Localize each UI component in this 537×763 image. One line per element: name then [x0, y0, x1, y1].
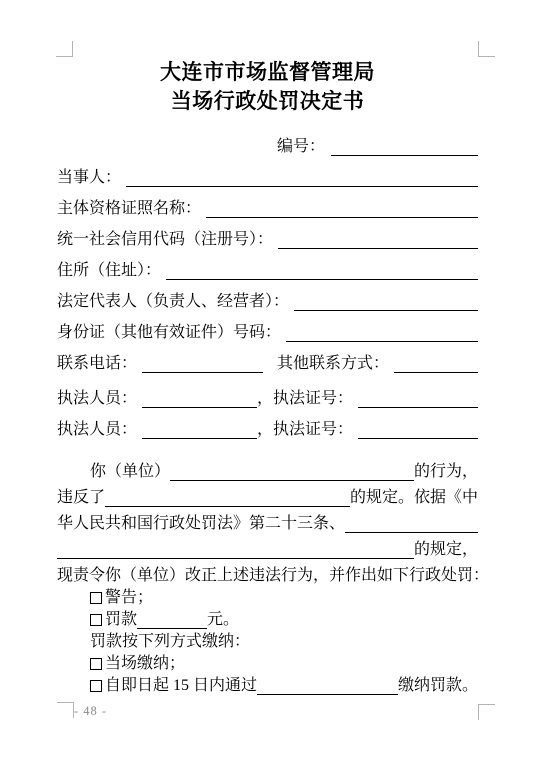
legal-basis-blank-1[interactable]: [345, 507, 478, 533]
pay-remote-prefix: 自即日起 15 日内通过: [105, 677, 257, 695]
violated-provision-blank[interactable]: [105, 481, 350, 507]
officer-row-1: 执法人员： ，执法证号：: [57, 377, 478, 408]
credit-code-label: 统一社会信用代码（注册号）：: [57, 231, 273, 249]
number-label: 编号：: [277, 138, 325, 156]
officer-2-name-blank[interactable]: [142, 408, 257, 439]
penalties-section: 警告； 罚款 元。 罚款按下列方式缴纳： 当场缴纳； 自即日起 15 日内通过 …: [57, 585, 478, 695]
fine-prefix: 罚款: [105, 611, 137, 629]
legal-rep-label: 法定代表人（负责人、经营者）：: [57, 293, 289, 311]
officer-1-label: 执法人员：: [57, 390, 137, 408]
para-line-violation: 违反了 的规定。依据《中: [57, 481, 478, 507]
officer-2-cert-label: ，执法证号：: [257, 421, 353, 439]
decision-paragraph: 你（单位） 的行为， 违反了 的规定。依据《中 华人民共和国行政处罚法》第二十三…: [57, 455, 478, 585]
field-row-credit-code: 统一社会信用代码（注册号）：: [57, 218, 478, 249]
title-agency: 大连市市场监督管理局: [57, 58, 478, 87]
fields-section: 当事人： 主体资格证照名称： 统一社会信用代码（注册号）： 住所（住址）： 法定…: [57, 156, 478, 373]
payment-onsite-row: 当场缴纳；: [57, 651, 478, 673]
payment-intro-row: 罚款按下列方式缴纳：: [57, 629, 478, 651]
officer-1-cert-blank[interactable]: [358, 377, 478, 408]
checkbox-pay-within-15-days-icon[interactable]: [90, 680, 102, 692]
penalty-fine-row: 罚款 元。: [57, 607, 478, 629]
conduct-suffix: 的行为，: [414, 463, 478, 481]
text-boundary-mark-top-right: [478, 41, 495, 57]
field-row-license-name: 主体资格证照名称：: [57, 187, 478, 218]
fine-amount-blank[interactable]: [137, 607, 207, 629]
conduct-blank[interactable]: [170, 455, 414, 481]
warning-label: 警告；: [105, 589, 153, 607]
field-row-address: 住所（住址）：: [57, 249, 478, 280]
address-blank[interactable]: [166, 249, 478, 280]
license-name-label: 主体资格证照名称：: [57, 200, 201, 218]
other-contact-label: 其他联系方式：: [277, 355, 389, 373]
document-page: 大连市市场监督管理局 当场行政处罚决定书 编号： 当事人： 主体资格证照名称： …: [0, 0, 537, 763]
violation-suffix: 的规定。依据《中: [350, 489, 478, 507]
officer-2-label: 执法人员：: [57, 421, 137, 439]
credit-code-blank[interactable]: [278, 218, 478, 249]
license-name-blank[interactable]: [206, 187, 478, 218]
id-number-label: 身份证（其他有效证件）号码：: [57, 324, 281, 342]
order-text: 现责令你（单位）改正上述违法行为，并作出如下行政处罚：: [57, 567, 489, 585]
text-boundary-mark-bottom-right: [478, 704, 495, 720]
legal-basis-blank-2[interactable]: [57, 533, 414, 559]
document-title: 大连市市场监督管理局 当场行政处罚决定书: [57, 58, 478, 116]
pay-onsite-label: 当场缴纳；: [105, 655, 185, 673]
field-row-legal-rep: 法定代表人（负责人、经营者）：: [57, 280, 478, 311]
provision-suffix: 的规定，: [414, 541, 478, 559]
officers-section: 执法人员： ，执法证号： 执法人员： ，执法证号：: [57, 377, 478, 439]
party-label: 当事人：: [57, 169, 121, 187]
field-row-id-number: 身份证（其他有效证件）号码：: [57, 311, 478, 342]
para-line-conduct: 你（单位） 的行为，: [57, 455, 478, 481]
pay-remote-suffix: 缴纳罚款。: [398, 677, 478, 695]
violation-prefix: 违反了: [57, 489, 105, 507]
fine-suffix: 元。: [207, 611, 239, 629]
page-number: - 48 -: [74, 704, 107, 719]
para-line-order: 现责令你（单位）改正上述违法行为，并作出如下行政处罚：: [57, 559, 478, 585]
title-form-name: 当场行政处罚决定书: [57, 87, 478, 116]
phone-blank[interactable]: [142, 342, 263, 373]
legal-basis-prefix: 华人民共和国行政处罚法》第二十三条、: [57, 515, 345, 533]
payment-intro-label: 罚款按下列方式缴纳：: [90, 633, 250, 651]
para-line-provision: 的规定，: [57, 533, 478, 559]
checkbox-fine-icon[interactable]: [90, 614, 102, 626]
text-boundary-mark-bottom-left: [57, 702, 74, 718]
legal-rep-blank[interactable]: [294, 280, 478, 311]
officer-1-cert-label: ，执法证号：: [257, 390, 353, 408]
field-row-contact: 联系电话： 其他联系方式：: [57, 342, 478, 373]
payment-channel-blank[interactable]: [257, 673, 398, 695]
para-line-legal-basis: 华人民共和国行政处罚法》第二十三条、: [57, 507, 478, 533]
id-number-blank[interactable]: [286, 311, 478, 342]
officer-1-name-blank[interactable]: [142, 377, 257, 408]
field-row-party: 当事人：: [57, 156, 478, 187]
party-blank[interactable]: [126, 156, 478, 187]
other-contact-blank[interactable]: [394, 342, 478, 373]
phone-label: 联系电话：: [57, 355, 137, 373]
document-content: 大连市市场监督管理局 当场行政处罚决定书 编号： 当事人： 主体资格证照名称： …: [57, 50, 478, 695]
address-label: 住所（住址）：: [57, 262, 161, 280]
penalty-warning-row: 警告；: [57, 585, 478, 607]
officer-2-cert-blank[interactable]: [358, 408, 478, 439]
payment-remote-row: 自即日起 15 日内通过 缴纳罚款。: [57, 673, 478, 695]
number-row: 编号：: [57, 116, 478, 156]
number-blank[interactable]: [331, 116, 478, 156]
conduct-prefix: 你（单位）: [90, 463, 170, 481]
checkbox-pay-onsite-icon[interactable]: [90, 658, 102, 670]
officer-row-2: 执法人员： ，执法证号：: [57, 408, 478, 439]
checkbox-warning-icon[interactable]: [90, 592, 102, 604]
